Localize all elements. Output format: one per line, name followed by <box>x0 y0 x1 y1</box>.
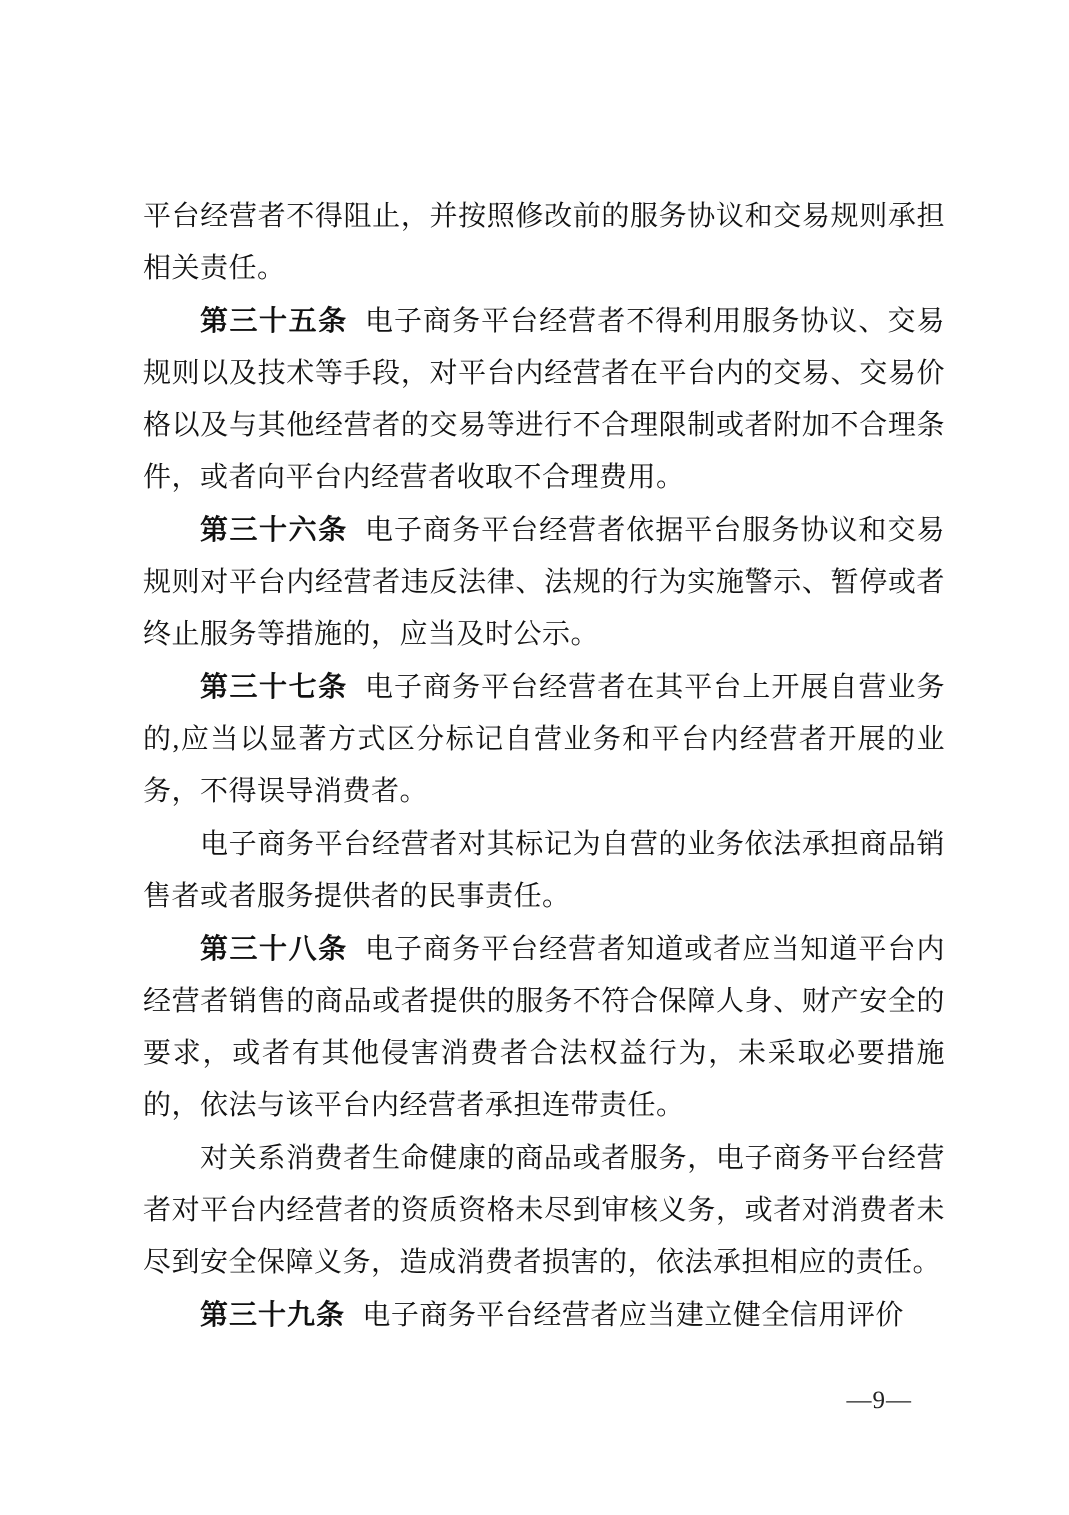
article-number-label: 第三十九条 <box>200 1299 345 1330</box>
article-number-label: 第三十五条 <box>200 305 348 336</box>
paragraph-text: 平台经营者不得阻止，并按照修改前的服务协议和交易规则承担相关责任。 <box>143 201 945 284</box>
paragraph: 电子商务平台经营者对其标记为自营的业务依法承担商品销售者或者服务提供者的民事责任… <box>143 818 945 923</box>
paragraph: 第三十九条电子商务平台经营者应当建立健全信用评价 <box>143 1289 945 1342</box>
paragraph: 第三十八条电子商务平台经营者知道或者应当知道平台内经营者销售的商品或者提供的服务… <box>143 923 945 1132</box>
article-number-label: 第三十六条 <box>200 514 348 545</box>
paragraph: 平台经营者不得阻止，并按照修改前的服务协议和交易规则承担相关责任。 <box>143 190 945 295</box>
paragraph: 对关系消费者生命健康的商品或者服务，电子商务平台经营者对平台内经营者的资质资格未… <box>143 1132 945 1289</box>
document-page: 平台经营者不得阻止，并按照修改前的服务协议和交易规则承担相关责任。 第三十五条电… <box>0 0 1069 1515</box>
paragraph-text: 对关系消费者生命健康的商品或者服务，电子商务平台经营者对平台内经营者的资质资格未… <box>143 1143 945 1278</box>
paragraph-text: 电子商务平台经营者应当建立健全信用评价 <box>362 1300 904 1331</box>
article-number-label: 第三十七条 <box>200 671 348 702</box>
paragraph: 第三十六条电子商务平台经营者依据平台服务协议和交易规则对平台内经营者违反法律、法… <box>143 504 945 661</box>
page-number: —9— <box>847 1386 913 1416</box>
paragraph: 第三十七条电子商务平台经营者在其平台上开展自营业务的,应当以显著方式区分标记自营… <box>143 661 945 818</box>
article-number-label: 第三十八条 <box>200 933 348 964</box>
text-block: 平台经营者不得阻止，并按照修改前的服务协议和交易规则承担相关责任。 第三十五条电… <box>143 190 945 1342</box>
paragraph: 第三十五条电子商务平台经营者不得利用服务协议、交易规则以及技术等手段，对平台内经… <box>143 295 945 504</box>
paragraph-text: 电子商务平台经营者对其标记为自营的业务依法承担商品销售者或者服务提供者的民事责任… <box>143 829 945 912</box>
